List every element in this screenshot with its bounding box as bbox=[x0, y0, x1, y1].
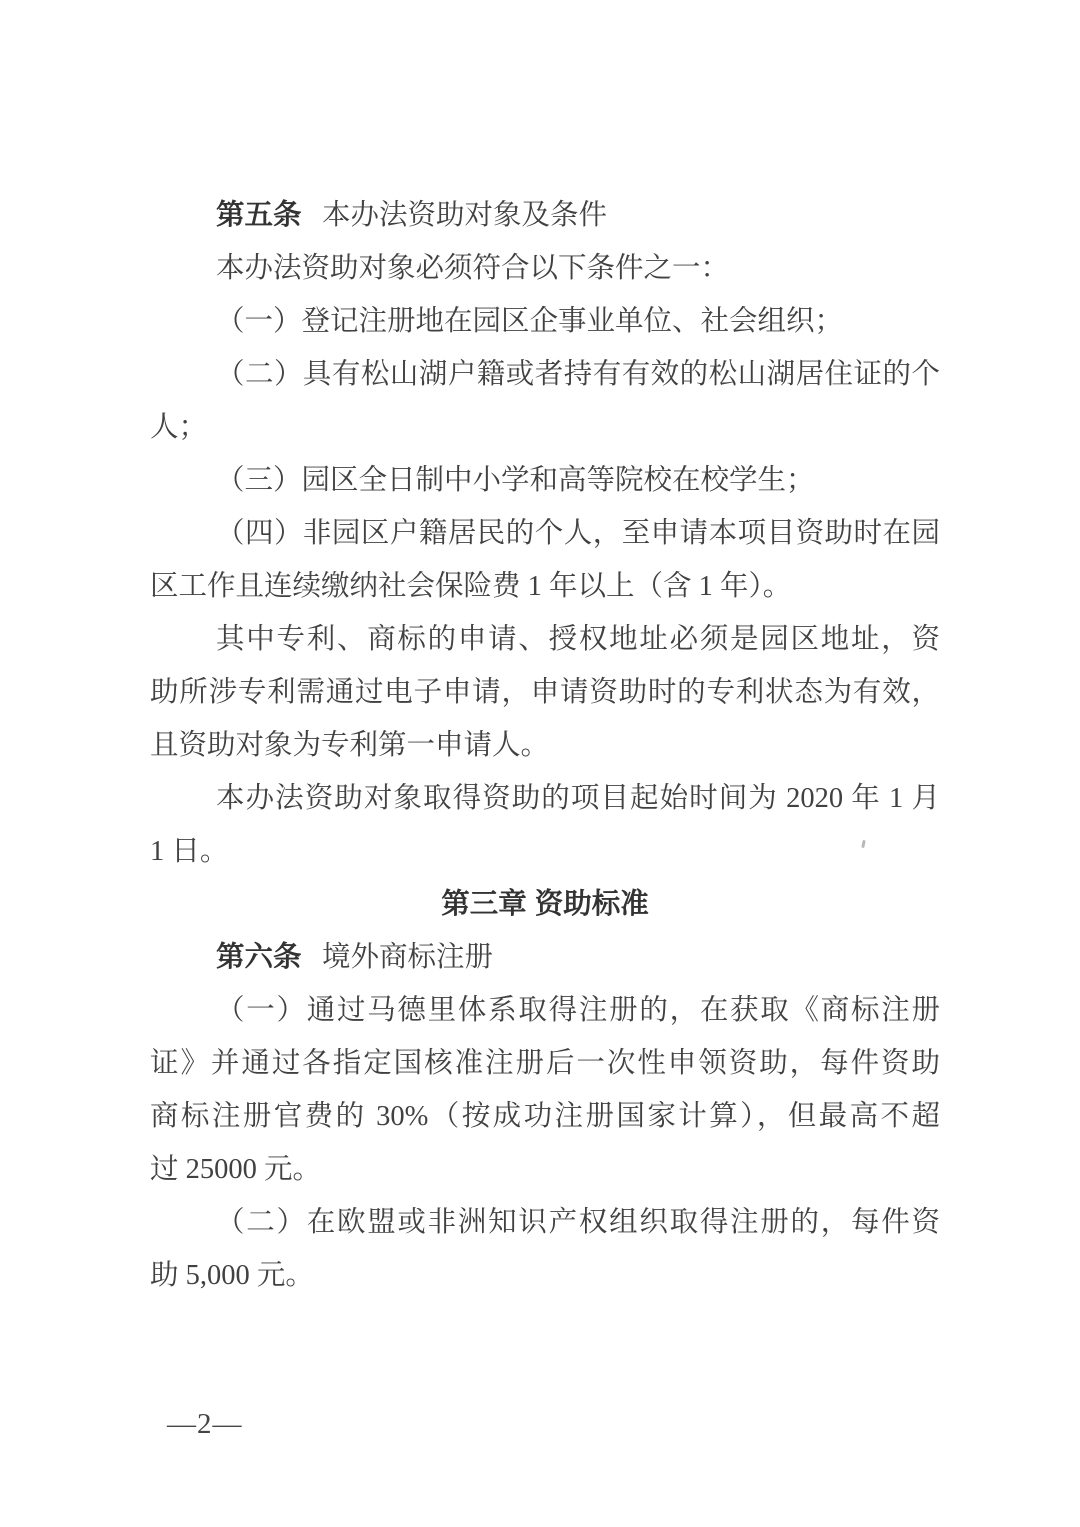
article-5-intro: 本办法资助对象必须符合以下条件之一： bbox=[150, 242, 940, 295]
article-5-item-4-line-1: （四）非园区户籍居民的个人，至申请本项目资助时在园 bbox=[150, 507, 940, 560]
article-5-intro-text: 本办法资助对象必须符合以下条件之一： bbox=[216, 253, 729, 284]
article-6-item-1-line-1-text: （一）通过马德里体系取得注册的，在获取《商标注册 bbox=[216, 995, 940, 1026]
article-5-item-3-text: （三）园区全日制中小学和高等院校在校学生； bbox=[216, 465, 815, 496]
article-6-item-1-line-3: 商标注册官费的 30%（按成功注册国家计算），但最高不超 bbox=[150, 1090, 940, 1143]
article-5-item-2-line-1-text: （二）具有松山湖户籍或者持有有效的松山湖居住证的个 bbox=[216, 359, 940, 390]
article-6-title-text: 境外商标注册 bbox=[322, 942, 493, 973]
chapter-3-heading: 第三章 资助标准 bbox=[150, 878, 940, 931]
article-5-para-date-line-1: 本办法资助对象取得资助的项目起始时间为 2020 年 1 月 bbox=[150, 772, 940, 825]
article-6-item-2-line-1: （二）在欧盟或非洲知识产权组织取得注册的，每件资 bbox=[150, 1196, 940, 1249]
article-5-para-patent-line-3: 且资助对象为专利第一申请人。 bbox=[150, 719, 940, 772]
article-5-item-4-line-2: 区工作且连续缴纳社会保险费 1 年以上（含 1 年）。 bbox=[150, 560, 940, 613]
article-5-item-3: （三）园区全日制中小学和高等院校在校学生； bbox=[150, 454, 940, 507]
article-number-bold: 第六条 bbox=[216, 941, 302, 973]
article-6-title: 第六条境外商标注册 bbox=[150, 931, 940, 984]
article-6-item-2-line-2: 助 5,000 元。 bbox=[150, 1249, 940, 1302]
article-5-para-patent-line-3-text: 且资助对象为专利第一申请人。 bbox=[150, 730, 549, 761]
article-6-item-1-line-4-text: 过 25000 元。 bbox=[150, 1154, 321, 1185]
article-5-title: 第五条本办法资助对象及条件 bbox=[150, 189, 940, 242]
page-number: —2— bbox=[167, 1398, 243, 1451]
article-number-bold: 第五条 bbox=[216, 199, 302, 231]
article-5-item-1: （一）登记注册地在园区企事业单位、社会组织； bbox=[150, 295, 940, 348]
article-6-item-1-line-2: 证》并通过各指定国核准注册后一次性申领资助，每件资助 bbox=[150, 1037, 940, 1090]
article-5-para-patent-line-1: 其中专利、商标的申请、授权地址必须是园区地址，资 bbox=[150, 613, 940, 666]
article-5-item-1-text: （一）登记注册地在园区企事业单位、社会组织； bbox=[216, 306, 843, 337]
article-5-para-patent-line-2-text: 助所涉专利需通过电子申请，申请资助时的专利状态为有效， bbox=[150, 677, 940, 708]
article-6-item-2-line-1-text: （二）在欧盟或非洲知识产权组织取得注册的，每件资 bbox=[216, 1207, 940, 1238]
article-5-item-2-line-2-text: 人； bbox=[150, 412, 207, 443]
article-6-item-2-line-2-text: 助 5,000 元。 bbox=[150, 1260, 314, 1291]
article-6-item-1-line-3-text: 商标注册官费的 30%（按成功注册国家计算），但最高不超 bbox=[150, 1101, 940, 1132]
document-page: 第五条本办法资助对象及条件本办法资助对象必须符合以下条件之一：（一）登记注册地在… bbox=[0, 0, 1080, 1527]
article-6-item-1-line-4: 过 25000 元。 bbox=[150, 1143, 940, 1196]
article-5-title-text: 本办法资助对象及条件 bbox=[322, 200, 607, 231]
article-5-item-4-line-2-text: 区工作且连续缴纳社会保险费 1 年以上（含 1 年）。 bbox=[150, 571, 791, 602]
article-5-item-4-line-1-text: （四）非园区户籍居民的个人，至申请本项目资助时在园 bbox=[216, 518, 940, 549]
article-6-item-1-line-1: （一）通过马德里体系取得注册的，在获取《商标注册 bbox=[150, 984, 940, 1037]
chapter-3-heading-text: 第三章 资助标准 bbox=[441, 888, 648, 920]
article-5-para-date-line-1-text: 本办法资助对象取得资助的项目起始时间为 2020 年 1 月 bbox=[216, 783, 940, 814]
article-6-item-1-line-2-text: 证》并通过各指定国核准注册后一次性申领资助，每件资助 bbox=[150, 1048, 940, 1079]
article-5-para-date-line-2-text: 1 日。 bbox=[150, 836, 228, 867]
document-content: 第五条本办法资助对象及条件本办法资助对象必须符合以下条件之一：（一）登记注册地在… bbox=[150, 189, 940, 1302]
article-5-para-patent-line-1-text: 其中专利、商标的申请、授权地址必须是园区地址，资 bbox=[216, 624, 940, 655]
article-5-item-2-line-1: （二）具有松山湖户籍或者持有有效的松山湖居住证的个 bbox=[150, 348, 940, 401]
article-5-item-2-line-2: 人； bbox=[150, 401, 940, 454]
article-5-para-patent-line-2: 助所涉专利需通过电子申请，申请资助时的专利状态为有效， bbox=[150, 666, 940, 719]
article-5-para-date-line-2: 1 日。 bbox=[150, 825, 940, 878]
